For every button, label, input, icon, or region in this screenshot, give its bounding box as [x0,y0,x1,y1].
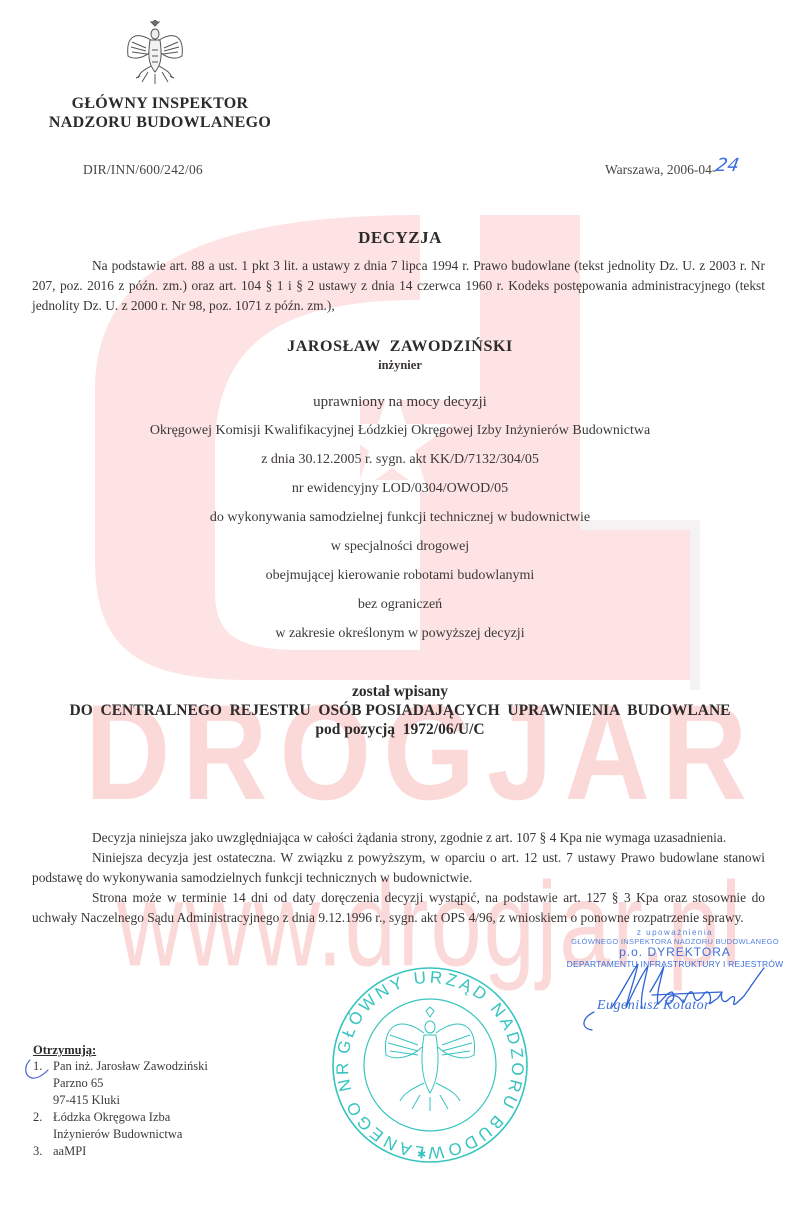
polish-eagle-emblem-icon [124,20,186,86]
handwritten-day: 24 [715,155,742,176]
registration-line-2: DO CENTRALNEGO REJESTRU OSÓB POSIADAJĄCY… [0,701,800,720]
qualification-line: bez ograniczeń [0,597,800,626]
qualification-details: uprawniony na mocy decyzji Okręgowej Kom… [0,394,800,655]
recipient-number: 2. [33,1109,53,1143]
registration-line-1: został wpisany [0,682,800,701]
legal-basis-paragraph: Na podstawie art. 88 a ust. 1 pkt 3 lit.… [32,256,765,316]
paragraph-final-decision: Niniejsza decyzja jest ostateczna. W zwi… [32,848,765,888]
person-name: JAROSŁAW ZAWODZIŃSKI [0,338,800,356]
registration-block: został wpisany DO CENTRALNEGO REJESTRU O… [0,682,800,739]
registration-line-3: pod pozycją 1972/06/U/C [0,720,800,739]
signatory-name: Eugeniusz Kolator [597,998,710,1014]
person-title: inżynier [0,358,800,373]
recipient-item: 2. Łódzka Okręgowa Izba Inżynierów Budow… [33,1109,208,1143]
qualification-line: uprawniony na mocy decyzji [0,394,800,423]
institution-line-2: NADZORU BUDOWLANEGO [30,113,290,132]
place-date: Warszawa, 2006-04-24 [605,158,739,179]
recipient-line: Pan inż. Jarosław Zawodziński [53,1058,208,1075]
document-title: DECYZJA [0,228,800,248]
recipient-line: 97-415 Kluki [53,1092,208,1109]
paragraph-appeal-rights: Strona może w terminie 14 dni od daty do… [32,888,765,928]
qualification-line: nr ewidencyjny LOD/0304/OWOD/05 [0,481,800,510]
recipient-line: Parzno 65 [53,1075,208,1092]
institution-line-1: GŁÓWNY INSPEKTOR [30,94,290,113]
qualification-line: w specjalności drogowej [0,539,800,568]
official-stamp-icon: GŁÓWNY URZĄD NADZORU BUDOWLANEGO NR 1 ✱ [320,965,540,1165]
recipients-title: Otrzymują: [33,1043,208,1058]
recipient-line: Łódzka Okręgowa Izba [53,1109,182,1126]
recipient-line: Inżynierów Budownictwa [53,1126,182,1143]
reference-number: DIR/INN/600/242/06 [83,162,203,178]
qualification-line: obejmującej kierowanie robotami budowlan… [0,568,800,597]
recipient-item: 3. aaMPI [33,1143,208,1160]
signature-authorization: z upoważnienia [555,928,795,937]
recipient-item: 1. Pan inż. Jarosław Zawodziński Parzno … [33,1058,208,1109]
qualification-line: Okręgowej Komisji Kwalifikacyjnej Łódzki… [0,423,800,452]
handwritten-signature-icon [572,952,772,1032]
qualification-line: z dnia 30.12.2005 r. sygn. akt KK/D/7132… [0,452,800,481]
institution-name: GŁÓWNY INSPEKTOR NADZORU BUDOWLANEGO [30,94,290,132]
closing-paragraphs: Decyzja niniejsza jako uwzględniająca w … [32,828,765,928]
qualification-line: w zakresie określonym w powyższej decyzj… [0,626,800,655]
signature-institution: GŁÓWNEGO INSPEKTORA NADZORU BUDOWLANEGO [555,937,795,946]
svg-text:✱: ✱ [417,1148,426,1161]
qualification-line: do wykonywania samodzielnej funkcji tech… [0,510,800,539]
handwritten-check-mark-icon [22,1058,50,1082]
recipient-number: 3. [33,1143,53,1160]
paragraph-no-justification: Decyzja niniejsza jako uwzględniająca w … [32,828,765,848]
place-date-printed: Warszawa, 2006-04- [605,162,716,177]
recipient-line: aaMPI [53,1143,86,1160]
recipients-section: Otrzymują: 1. Pan inż. Jarosław Zawodziń… [33,1043,208,1160]
